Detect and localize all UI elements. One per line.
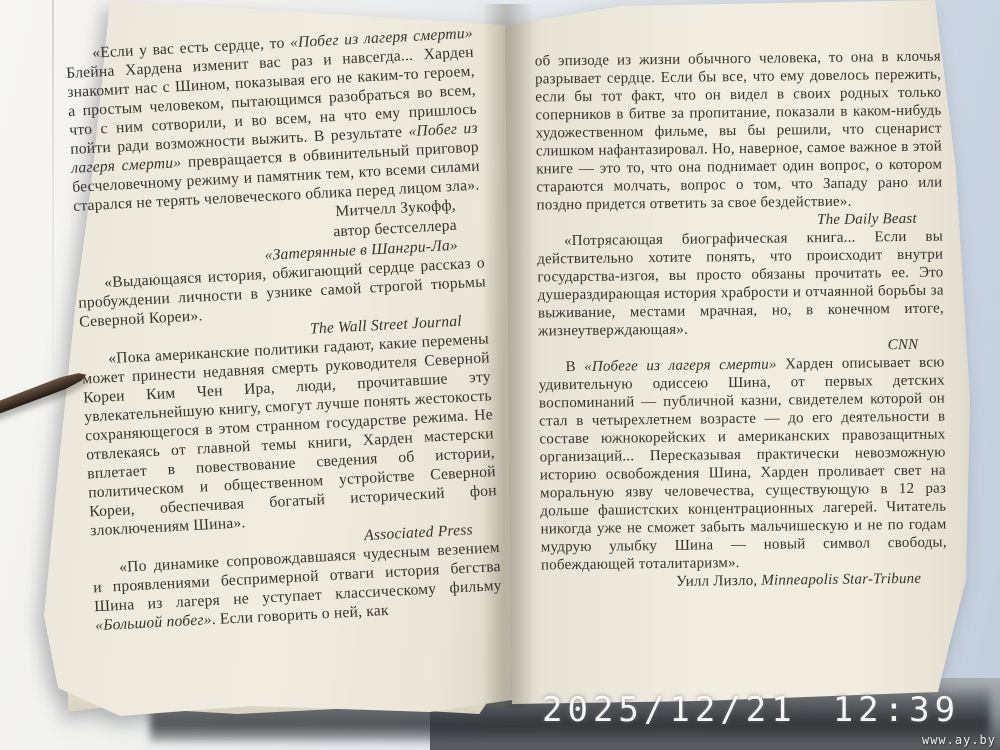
italic-text-run: «Побеге из лагеря смерти» (584, 357, 777, 375)
photo-canvas: «Если у вас есть сердце, то «Побег из ла… (0, 0, 1000, 750)
book-paragraph: «Если у вас есть сердце, то «Побег из ла… (65, 24, 481, 216)
italic-text-run: Minneapolis Star-Tribune (761, 571, 921, 589)
text-run: «Пока американские политики гадают, каки… (82, 331, 497, 540)
book-paragraph: об эпизоде из жизни обычного человека, т… (535, 48, 943, 215)
camera-timestamp: 2025/12/21 12:39 (542, 690, 960, 730)
right-page-text: об эпизоде из жизни обычного человека, т… (535, 48, 948, 593)
text-run: Уилл Лизло, (676, 573, 761, 590)
text-run: «Потрясающая биографическая книга... Есл… (537, 229, 944, 340)
book-paragraph: В «Побеге из лагеря смерти» Харден описы… (538, 354, 947, 575)
timestamp-date: 2025/12/21 (542, 690, 797, 730)
text-run: Харден описывает всю удивительную одиссе… (539, 355, 947, 574)
book-paragraph: «Пока американские политики гадают, каки… (81, 330, 498, 541)
timestamp-time: 12:39 (833, 690, 960, 730)
italic-text-run: CNN (888, 337, 919, 353)
text-run: В (565, 359, 584, 375)
italic-text-run: The Daily Beast (817, 211, 917, 228)
text-run: об эпизоде из жизни обычного человека, т… (535, 49, 943, 214)
book-paragraph: «Потрясающая биографическая книга... Есл… (537, 228, 944, 341)
site-watermark: www.ay.by (922, 733, 996, 747)
left-page-text: «Если у вас есть сердце, то «Побег из ла… (65, 24, 503, 636)
